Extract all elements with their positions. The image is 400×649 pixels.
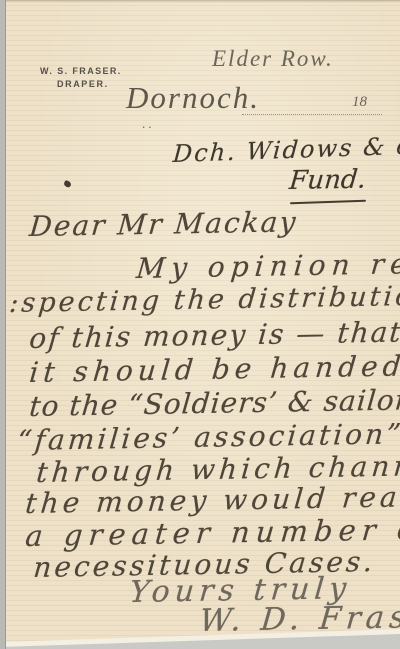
letter-scan: W. S. FRASER. DRAPER. Elder Row. Dornoch… [0,0,400,649]
body-line: it should be handed [28,349,400,389]
heading-line-1: Dch. Widows & orphans [172,128,400,168]
body-line: to the “Soldiers’ & sailors’ [28,383,400,423]
letterhead-town: Dornoch. [126,80,260,116]
heading-line-2: Fund. [288,165,367,196]
body-line: :specting the distribution [8,281,400,319]
letterhead-dots-mark: .. [142,116,155,132]
letterhead-address: Elder Row. [212,46,334,72]
heading-underline [290,200,366,205]
scan-bed-left-edge [0,0,6,649]
ink-blot [63,180,72,188]
salutation: Dear Mr Mackay [28,205,299,243]
body-line: of this money is — that [28,316,400,355]
letterhead-sender-title: DRAPER. [57,79,109,89]
date-year-prefix: 18 [352,94,367,111]
letter-paper: W. S. FRASER. DRAPER. Elder Row. Dornoch… [0,0,400,649]
body-line: My opinion re [135,247,400,285]
letterhead-sender-name: W. S. FRASER. [40,66,122,76]
